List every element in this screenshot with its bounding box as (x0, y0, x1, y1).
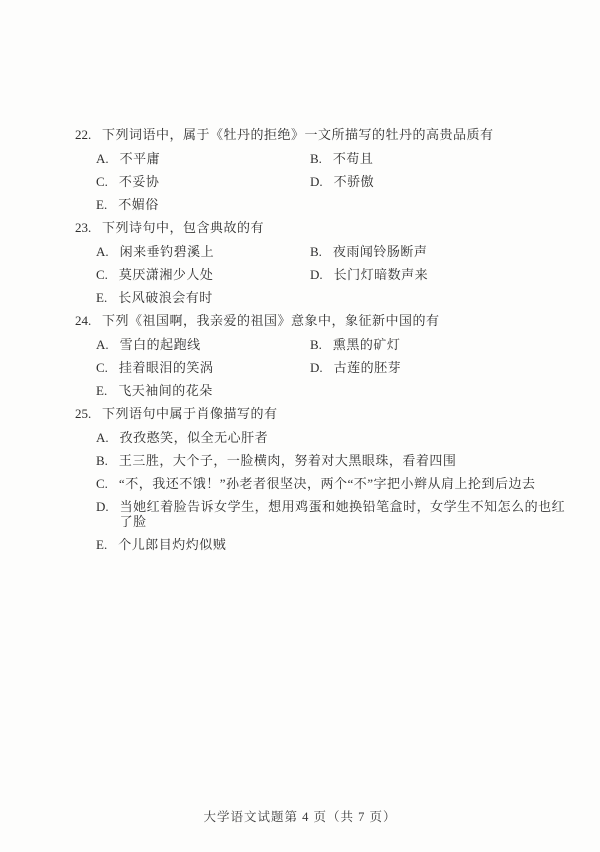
question-options: A. 闲来垂钓碧溪上 B. 夜雨闻铃肠断声 C. 莫厌潇湘少人处 D. (75, 244, 567, 305)
question-options: A. 雪白的起跑线 B. 熏黑的矿灯 C. 挂着眼泪的笑涡 D. (75, 337, 567, 398)
option-text: 不媚俗 (118, 197, 159, 212)
option-label: B. (310, 244, 322, 259)
option-text: 长门灯暗数声来 (334, 267, 429, 282)
option-row: A. 孜孜憨笑，似全无心肝者 (75, 430, 567, 445)
option-text: 不骄傲 (334, 174, 375, 189)
option-row: C. 不妥协 D. 不骄傲 (75, 174, 567, 189)
page-footer: 大学语文试题第 4 页（共 7 页） (0, 810, 600, 825)
option-22-d: D. 不骄傲 (310, 174, 374, 189)
question-number: 24. (75, 313, 102, 328)
option-22-c: C. 不妥协 (96, 174, 310, 189)
option-text: 个儿郎目灼灼似贼 (118, 537, 226, 552)
option-text: 闲来垂钓碧溪上 (120, 244, 215, 259)
option-24-a: A. 雪白的起跑线 (96, 337, 310, 352)
option-label: A. (96, 244, 109, 259)
option-label: A. (96, 430, 109, 445)
question-stem-row: 24. 下列《祖国啊，我亲爱的祖国》意象中，象征新中国的有 (75, 313, 567, 328)
question-stem: 下列《祖国啊，我亲爱的祖国》意象中，象征新中国的有 (102, 313, 567, 328)
question-stem: 下列词语中，属于《牡丹的拒绝》一文所描写的牡丹的高贵品质有 (102, 127, 567, 142)
option-text: 熏黑的矿灯 (333, 337, 401, 352)
option-text: 挂着眼泪的笑涡 (119, 360, 214, 375)
option-25-b: B. 王三胜，大个子，一脸横肉，努着对大黑眼珠，看着四围 (96, 453, 456, 468)
question-options: A. 不平庸 B. 不苟且 C. 不妥协 D. 不骄傲 (75, 151, 567, 212)
option-25-c: C. “不，我还不饿！”孙老者很坚决，两个“不”字把小辫从肩上抡到后边去 (96, 476, 536, 491)
option-text: 雪白的起跑线 (120, 337, 201, 352)
option-row: E. 个儿郎目灼灼似贼 (75, 537, 567, 552)
option-label: A. (96, 151, 109, 166)
option-22-e: E. 不媚俗 (96, 197, 310, 212)
question-24: 24. 下列《祖国啊，我亲爱的祖国》意象中，象征新中国的有 A. 雪白的起跑线 … (75, 313, 567, 398)
option-text: 古莲的胚芽 (334, 360, 402, 375)
option-label: D. (310, 267, 323, 282)
option-23-a: A. 闲来垂钓碧溪上 (96, 244, 310, 259)
option-25-a: A. 孜孜憨笑，似全无心肝者 (96, 430, 268, 445)
option-row: A. 雪白的起跑线 B. 熏黑的矿灯 (75, 337, 567, 352)
option-label: B. (310, 151, 322, 166)
option-text: 不苟且 (333, 151, 374, 166)
question-stem: 下列诗句中，包含典故的有 (102, 220, 567, 235)
option-row: E. 长风破浪会有时 (75, 290, 567, 305)
option-22-b: B. 不苟且 (310, 151, 373, 166)
option-23-b: B. 夜雨闻铃肠断声 (310, 244, 427, 259)
question-number: 23. (75, 220, 102, 235)
question-options: A. 孜孜憨笑，似全无心肝者 B. 王三胜，大个子，一脸横肉，努着对大黑眼珠，看… (75, 430, 567, 552)
question-stem-row: 22. 下列词语中，属于《牡丹的拒绝》一文所描写的牡丹的高贵品质有 (75, 127, 567, 142)
option-label: E. (96, 290, 107, 305)
option-text: 当她红着脸告诉女学生，想用鸡蛋和她换铅笔盒时，女学生不知怎么的也红了脸 (120, 499, 567, 529)
option-label: C. (96, 267, 108, 282)
question-25: 25. 下列语句中属于肖像描写的有 A. 孜孜憨笑，似全无心肝者 B. 王三胜，… (75, 406, 567, 552)
option-22-a: A. 不平庸 (96, 151, 310, 166)
option-row: A. 不平庸 B. 不苟且 (75, 151, 567, 166)
option-row: A. 闲来垂钓碧溪上 B. 夜雨闻铃肠断声 (75, 244, 567, 259)
option-label: B. (96, 453, 108, 468)
option-label: E. (96, 197, 107, 212)
option-text: 莫厌潇湘少人处 (119, 267, 214, 282)
option-label: E. (96, 383, 107, 398)
option-text: 孜孜憨笑，似全无心肝者 (120, 430, 269, 445)
option-label: C. (96, 360, 108, 375)
question-stem-row: 25. 下列语句中属于肖像描写的有 (75, 406, 567, 421)
option-text: 飞天袖间的花朵 (118, 383, 213, 398)
option-24-e: E. 飞天袖间的花朵 (96, 383, 310, 398)
exam-page: 22. 下列词语中，属于《牡丹的拒绝》一文所描写的牡丹的高贵品质有 A. 不平庸… (0, 0, 600, 852)
question-stem: 下列语句中属于肖像描写的有 (102, 406, 567, 421)
option-25-e: E. 个儿郎目灼灼似贼 (96, 537, 226, 552)
option-text: 夜雨闻铃肠断声 (333, 244, 428, 259)
option-23-d: D. 长门灯暗数声来 (310, 267, 428, 282)
option-row: C. “不，我还不饿！”孙老者很坚决，两个“不”字把小辫从肩上抡到后边去 (75, 476, 567, 491)
option-24-d: D. 古莲的胚芽 (310, 360, 401, 375)
option-row: C. 莫厌潇湘少人处 D. 长门灯暗数声来 (75, 267, 567, 282)
option-23-c: C. 莫厌潇湘少人处 (96, 267, 310, 282)
option-text: 王三胜，大个子，一脸横肉，努着对大黑眼珠，看着四围 (119, 453, 457, 468)
option-label: C. (96, 174, 108, 189)
option-label: E. (96, 537, 107, 552)
option-label: A. (96, 337, 109, 352)
option-text: 长风破浪会有时 (118, 290, 213, 305)
option-24-b: B. 熏黑的矿灯 (310, 337, 400, 352)
option-25-d: D. 当她红着脸告诉女学生，想用鸡蛋和她换铅笔盒时，女学生不知怎么的也红了脸 (96, 499, 567, 529)
question-stem-row: 23. 下列诗句中，包含典故的有 (75, 220, 567, 235)
exam-content: 22. 下列词语中，属于《牡丹的拒绝》一文所描写的牡丹的高贵品质有 A. 不平庸… (75, 127, 567, 560)
option-23-e: E. 长风破浪会有时 (96, 290, 310, 305)
option-24-c: C. 挂着眼泪的笑涡 (96, 360, 310, 375)
question-22: 22. 下列词语中，属于《牡丹的拒绝》一文所描写的牡丹的高贵品质有 A. 不平庸… (75, 127, 567, 212)
question-number: 22. (75, 127, 102, 142)
option-label: D. (310, 174, 323, 189)
option-text: 不平庸 (120, 151, 161, 166)
option-text: 不妥协 (119, 174, 160, 189)
option-row: E. 飞天袖间的花朵 (75, 383, 567, 398)
option-label: D. (96, 499, 109, 514)
option-row: B. 王三胜，大个子，一脸横肉，努着对大黑眼珠，看着四围 (75, 453, 567, 468)
option-row: D. 当她红着脸告诉女学生，想用鸡蛋和她换铅笔盒时，女学生不知怎么的也红了脸 (75, 499, 567, 529)
option-label: C. (96, 476, 108, 491)
option-label: D. (310, 360, 323, 375)
option-row: C. 挂着眼泪的笑涡 D. 古莲的胚芽 (75, 360, 567, 375)
option-text: “不，我还不饿！”孙老者很坚决，两个“不”字把小辫从肩上抡到后边去 (119, 476, 536, 491)
question-number: 25. (75, 406, 102, 421)
option-label: B. (310, 337, 322, 352)
option-row: E. 不媚俗 (75, 197, 567, 212)
question-23: 23. 下列诗句中，包含典故的有 A. 闲来垂钓碧溪上 B. 夜雨闻铃肠断声 (75, 220, 567, 305)
